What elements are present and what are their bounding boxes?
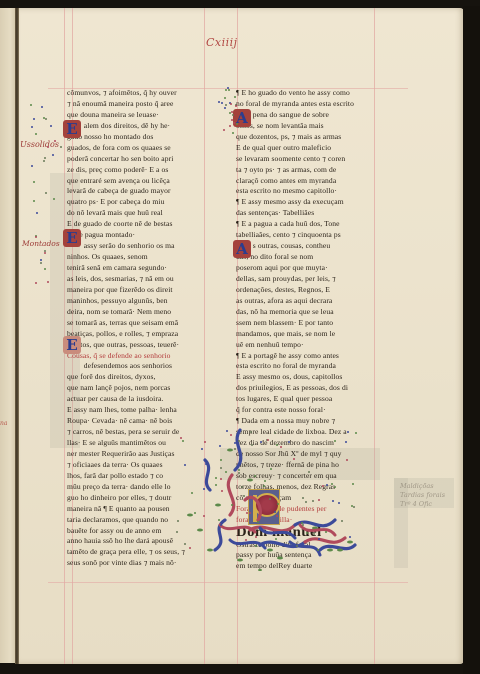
speckle	[347, 431, 349, 433]
text-line: das, no dito foral se nom	[236, 252, 386, 263]
speckle	[257, 521, 259, 523]
text-line: que dozentos, ps, ⁊ mais as armas	[236, 132, 386, 143]
margin-note-montados: Montados	[22, 239, 60, 248]
speckle	[31, 165, 33, 167]
text-line: tenirã senã em camara segundo·	[67, 263, 217, 274]
text-line: olhos, se nom levantãa mais	[236, 121, 386, 132]
text-line: as outras, afora as aqui decrara	[236, 296, 386, 307]
text-line: que nam lançẽ pojos, nem porcas	[67, 383, 217, 394]
speckle	[218, 101, 220, 103]
text-line: das sentenças· Tabelliães	[236, 208, 386, 219]
text-line: ta ⁊ oyto ps· ⁊ as armas, com de	[236, 165, 386, 176]
ruling-line	[48, 582, 408, 583]
speckle	[232, 114, 234, 116]
speckle	[308, 471, 310, 473]
speckle	[33, 200, 35, 202]
text-line: assy serão do senhorio os ma	[67, 241, 217, 252]
text-line: claraçõ como antes em myranda	[236, 176, 386, 187]
speckle	[182, 440, 184, 442]
text-line: ⁊ nã enoumã maneira posto q̃ aree	[67, 99, 217, 110]
speckle	[318, 538, 320, 540]
speckle	[203, 515, 205, 517]
text-line: as leis, dos, sesmarias, ⁊ nã em ou	[67, 274, 217, 285]
text-line: esta escrito no mesmo capitollo·	[236, 186, 386, 197]
speckle	[238, 440, 240, 442]
speckle	[43, 160, 45, 162]
text-line: q̃ for contra este nosso foral·	[236, 405, 386, 416]
speckle	[215, 477, 217, 479]
speckle	[218, 519, 220, 521]
text-line: se levaram soomente cento ⁊ coren	[236, 154, 386, 165]
text-line: deira, nom se tomarã· Nem meno	[67, 307, 217, 318]
facing-page-fragment: na	[0, 420, 7, 427]
speckle	[201, 448, 203, 450]
pencil-line: Maldiçõas	[400, 482, 445, 491]
speckle	[270, 468, 272, 470]
text-line: cõmunvos, ⁊ afoimētos, q̃ hy ouver	[67, 88, 217, 99]
speckle	[44, 250, 46, 252]
speckle	[50, 125, 52, 127]
speckle	[345, 441, 347, 443]
speckle	[236, 123, 238, 125]
scan-edge	[463, 6, 480, 674]
speckle	[355, 432, 357, 434]
text-line: uẽ em nenhuũ tempo·	[236, 340, 386, 351]
text-line: actuar per causa de la iusdoira.	[67, 394, 217, 405]
text-line: tabelliaães, cento ⁊ cinquoenta ps	[236, 230, 386, 241]
text-line: s outras, cousas, contheu	[236, 241, 386, 252]
text-line: nã se pagua montado·	[67, 230, 217, 241]
text-line: alem dos direitos, dẽ hy he·	[67, 121, 217, 132]
speckle	[249, 512, 251, 514]
decorated-initial-e: E	[63, 120, 81, 138]
text-line: ninhos. Os quaaes, senom	[67, 252, 217, 263]
speckle	[276, 444, 278, 446]
text-line: levarã de cabeça de guado mayor	[67, 186, 217, 197]
text-line: mentos, que outras, pessoas, teuerẽ·	[67, 340, 217, 351]
speckle	[334, 440, 336, 442]
decorated-initial-e: E	[63, 336, 81, 354]
text-line: defesendemos aos senhorios	[67, 361, 217, 372]
speckle	[274, 511, 276, 513]
speckle	[36, 212, 38, 214]
text-line: mandamos, que mais, se nom le	[236, 329, 386, 340]
text-line: E de qual quer outro maleficio	[236, 143, 386, 154]
text-line: dos priuilegios, E as pessoas, dos di	[236, 383, 386, 394]
speckle	[229, 125, 231, 127]
text-line: ¶ E assy mesmo assy da execuçam	[236, 197, 386, 208]
text-line: se tomarã as, terras que seisam emã	[67, 318, 217, 329]
speckle	[255, 545, 257, 547]
decorated-initial-e: E	[63, 229, 81, 247]
text-line: no foral de myranda antes esta escrito	[236, 99, 386, 110]
text-line: ordenações, destes, Regnos, E	[236, 285, 386, 296]
speckle	[230, 434, 232, 436]
speckle	[231, 504, 233, 506]
text-line: do nõ levarã mais que huũ real	[67, 208, 217, 219]
text-line: ¶ E ho guado do vento he assy como	[236, 88, 386, 99]
speckle	[325, 531, 327, 533]
speckle	[230, 103, 232, 105]
speckle	[35, 133, 37, 135]
speckle	[326, 484, 328, 486]
pencil-line: Trº 4 Ofic	[400, 500, 445, 509]
speckle	[184, 543, 186, 545]
text-line: Cousas, q̃ se defende ao senhorio	[67, 351, 217, 362]
text-line: dellas, sam prouydas, per leis, ⁊	[236, 274, 386, 285]
speckle	[224, 107, 226, 109]
text-line: ssem nem blassem· E por tanto	[236, 318, 386, 329]
speckle	[33, 181, 35, 183]
pencil-line: Tardias forais	[400, 491, 445, 500]
text-line: maneira por que fizerẽdo os direit	[67, 285, 217, 296]
text-line: beatiças, pollos, e rolles, ⁊ empraza	[67, 329, 217, 340]
speckle	[313, 533, 315, 535]
speckle	[302, 497, 304, 499]
text-line: tos lugares, E qual quer pessoa	[236, 394, 386, 405]
text-line: gado nosso ho montado dos	[67, 132, 217, 143]
speckle	[317, 549, 319, 551]
speckle	[263, 485, 265, 487]
speckle	[250, 431, 252, 433]
speckle	[255, 536, 257, 538]
text-line: que douna maneira se leuase·	[67, 110, 217, 121]
speckle	[243, 495, 245, 497]
pencil-annotation: Maldiçõas Tardias forais Trº 4 Ofic	[400, 482, 445, 509]
text-line: ¶ E a pagua a cada huũ dos, Tone	[236, 219, 386, 230]
speckle	[351, 505, 353, 507]
speckle	[221, 490, 223, 492]
speckle	[219, 445, 221, 447]
text-line: quatro ps· E por cabeça do miu	[67, 197, 217, 208]
speckle	[44, 252, 46, 254]
text-line: poserom aqui por que muyta·	[236, 263, 386, 274]
text-line: ¶ E a portagẽ he assy como antes	[236, 351, 386, 362]
speckle	[331, 483, 333, 485]
speckle	[274, 432, 276, 434]
folio-number: Cxiiij	[206, 36, 236, 49]
text-line: das, nõ ha memoria que se leua	[236, 307, 386, 318]
speckle	[275, 538, 277, 540]
text-line: que forẽ dos direitos, dyxos,	[67, 372, 217, 383]
speckle	[245, 539, 247, 541]
speckle	[31, 126, 33, 128]
speckle	[346, 459, 348, 461]
binding-gutter	[15, 8, 19, 664]
text-line: esta escrito no foral de myranda	[236, 361, 386, 372]
text-line: poderã concertar ho sen boito apri	[67, 154, 217, 165]
text-line: maninhos, pessuyo algunũs, ben	[67, 296, 217, 307]
speckle	[189, 547, 191, 549]
margin-note-ussolidos: Ussolidos	[20, 140, 59, 149]
text-line: E assy mesmo os, dous, capitollos	[236, 372, 386, 383]
speckle	[41, 106, 43, 108]
speckle	[176, 531, 178, 533]
speckle	[239, 458, 241, 460]
text-line: que entraré sem avença ou licẽça	[67, 176, 217, 187]
decorated-initial-a: A	[233, 240, 251, 258]
text-line: E de guado de coorte nẽ de bestas	[67, 219, 217, 230]
speckle	[312, 500, 314, 502]
text-line: pena do sangue de sobre	[236, 110, 386, 121]
text-line: E assy nam lhes, tome palha· lenha	[67, 405, 217, 416]
text-line: guados, de fora com os quaaes se	[67, 143, 217, 154]
text-line: ze dis, preç como poderẽ· E a os	[67, 165, 217, 176]
acanthus-flourish-lower	[190, 520, 370, 580]
